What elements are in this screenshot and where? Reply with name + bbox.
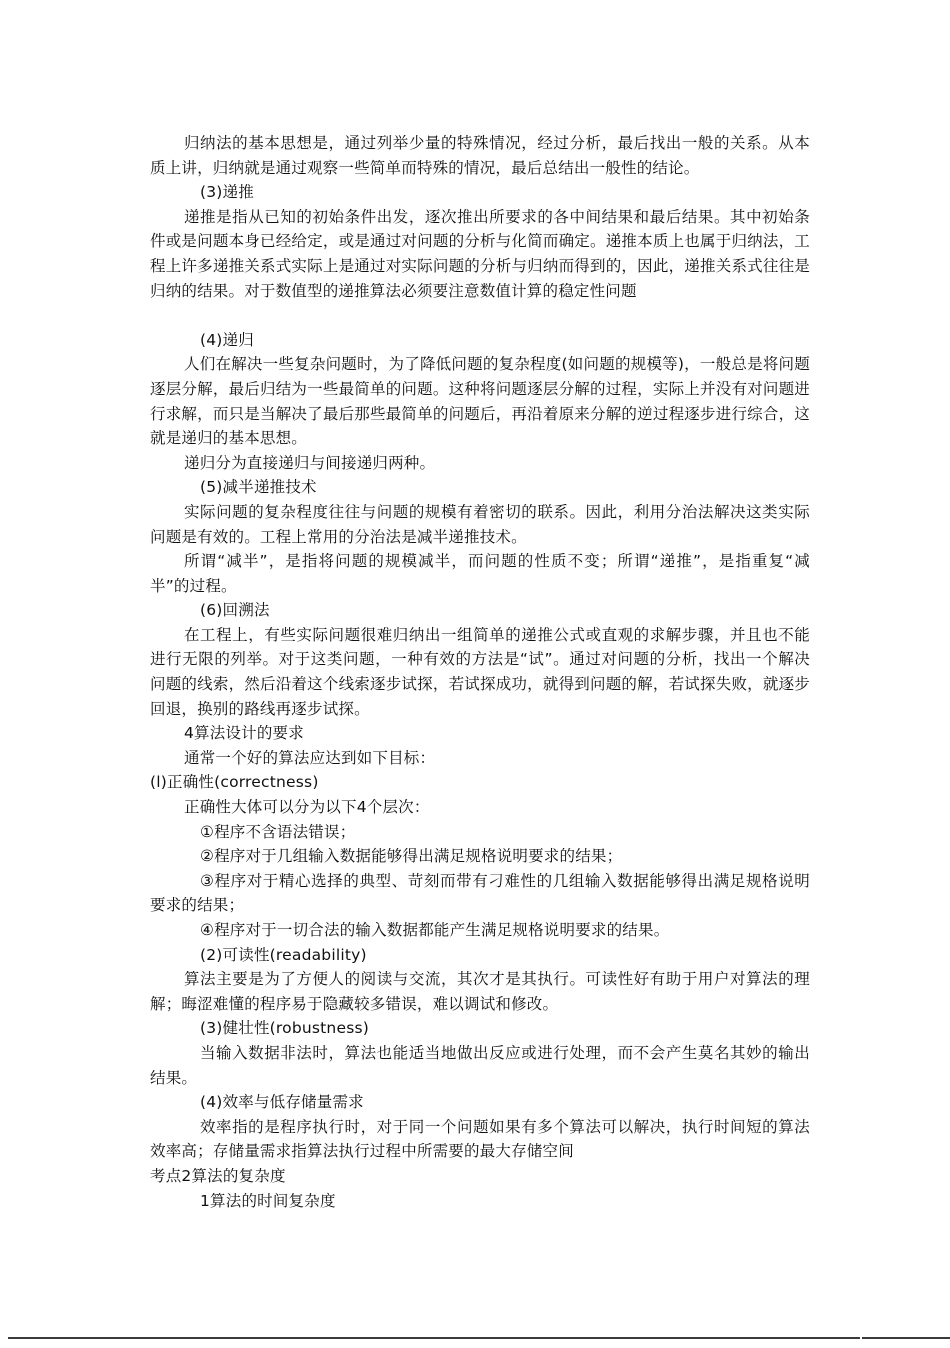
paragraph-recursion-types: 递归分为直接递归与间接递归两种。 <box>150 451 810 476</box>
heading-correctness: (l)正确性(correctness) <box>150 770 810 795</box>
paragraph-robustness: 当输入数据非法时，算法也能适当地做出反应或进行处理，而不会产生莫名其妙的输出结果… <box>150 1041 810 1090</box>
paragraph-induction-idea: 归纳法的基本思想是，通过列举少量的特殊情况，经过分析，最后找出一般的关系。从本质… <box>150 131 810 180</box>
heading-recursion: (4)递归 <box>150 328 810 353</box>
heading-complexity: 考点2算法的复杂度 <box>150 1164 810 1189</box>
heading-readability: (2)可读性(readability) <box>150 943 810 968</box>
paragraph-efficiency: 效率指的是程序执行时，对于同一个问题如果有多个算法可以解决，执行时间短的算法效率… <box>150 1115 810 1164</box>
paragraph-recurrence: 递推是指从已知的初始条件出发，逐次推出所要求的各中间结果和最后结果。其中初始条件… <box>150 205 810 303</box>
heading-efficiency: (4)效率与低存储量需求 <box>150 1090 810 1115</box>
heading-backtracking: (6)回溯法 <box>150 598 810 623</box>
heading-robustness: (3)健壮性(robustness) <box>150 1016 810 1041</box>
paragraph-readability: 算法主要是为了方便人的阅读与交流，其次才是其执行。可读性好有助于用户对算法的理解… <box>150 967 810 1016</box>
list-item-level-1: ①程序不含语法错误； <box>150 820 810 845</box>
paragraph-goals-intro: 通常一个好的算法应达到如下目标： <box>150 746 810 771</box>
list-item-level-3: ③程序对于精心选择的典型、苛刻而带有刁难性的几组输入数据能够得出满足规格说明要求… <box>150 869 810 918</box>
paragraph-halving-definition: 所谓“减半”，是指将问题的规模减半，而问题的性质不变；所谓“递推”，是指重复“减… <box>150 549 810 598</box>
page-bottom-rule <box>8 1337 860 1339</box>
list-item-level-4: ④程序对于一切合法的输入数据都能产生满足规格说明要求的结果。 <box>150 918 810 943</box>
heading-halving: (5)减半递推技术 <box>150 475 810 500</box>
document-page: 归纳法的基本思想是，通过列举少量的特殊情况，经过分析，最后找出一般的关系。从本质… <box>150 131 810 1213</box>
blank-line <box>150 303 810 328</box>
page-bottom-rule-right <box>862 1337 950 1339</box>
list-item-level-2: ②程序对于几组输入数据能够得出满足规格说明要求的结果； <box>150 844 810 869</box>
paragraph-recursion: 人们在解决一些复杂问题时，为了降低问题的复杂程度(如问题的规模等)，一般总是将问… <box>150 352 810 450</box>
paragraph-correctness-levels: 正确性大体可以分为以下4个层次： <box>150 795 810 820</box>
paragraph-halving: 实际问题的复杂程度往往与问题的规模有着密切的联系。因此，利用分治法解决这类实际问… <box>150 500 810 549</box>
paragraph-backtracking: 在工程上，有些实际问题很难归纳出一组简单的递推公式或直观的求解步骤，并且也不能进… <box>150 623 810 721</box>
heading-recurrence: (3)递推 <box>150 180 810 205</box>
heading-design-requirements: 4算法设计的要求 <box>150 721 810 746</box>
heading-time-complexity: 1算法的时间复杂度 <box>150 1189 810 1214</box>
